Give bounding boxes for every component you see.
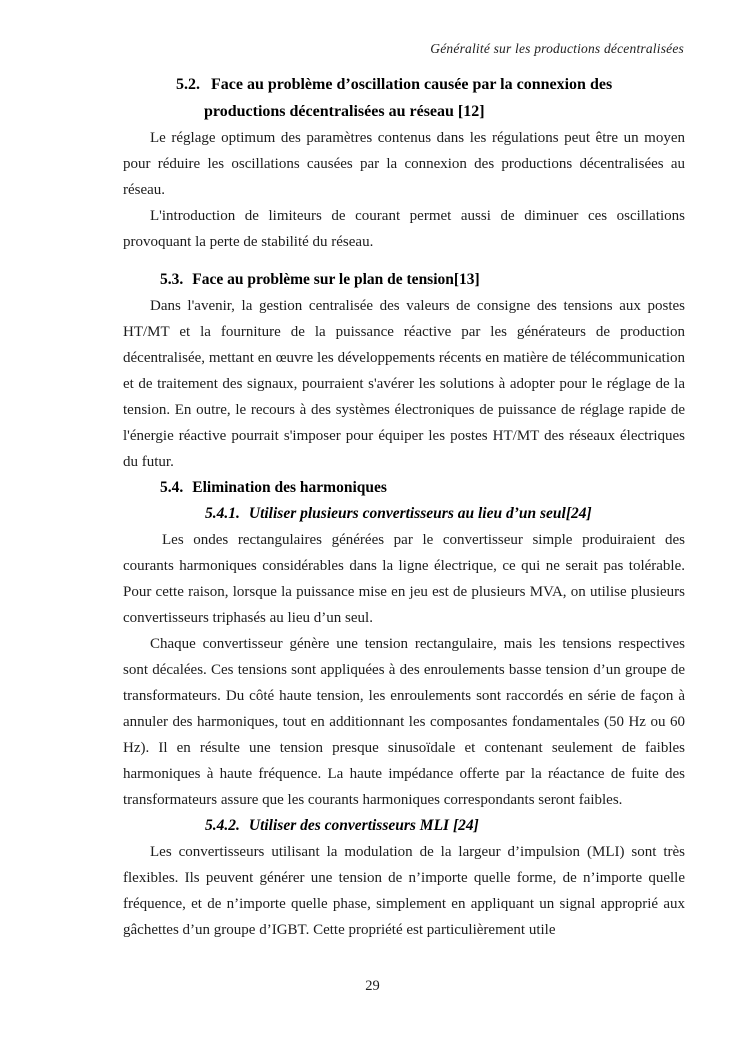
section-title: Elimination des harmoniques: [192, 479, 387, 496]
section-heading-5-4: 5.4.Elimination des harmoniques: [160, 475, 685, 501]
page-number: 29: [0, 978, 745, 995]
section-title: Utiliser plusieurs convertisseurs au lie…: [249, 505, 592, 522]
section-number: 5.2.: [176, 76, 200, 93]
section-title: Utiliser des convertisseurs MLI [24]: [249, 817, 479, 834]
page-content: 5.2.Face au problème d’oscillation causé…: [123, 0, 685, 943]
section-number: 5.4.1.: [205, 505, 240, 522]
section-number: 5.4.: [160, 479, 183, 496]
section-title: Face au problème d’oscillation causée pa…: [204, 76, 612, 120]
paragraph: Chaque convertisseur génère une tension …: [123, 631, 685, 813]
paragraph: Les convertisseurs utilisant la modulati…: [123, 839, 685, 943]
paragraph: Le réglage optimum des paramètres conten…: [123, 125, 685, 203]
section-number: 5.3.: [160, 271, 183, 288]
section-heading-5-4-2: 5.4.2.Utiliser des convertisseurs MLI [2…: [205, 813, 685, 839]
section-title: Face au problème sur le plan de tension[…: [192, 271, 479, 288]
section-heading-5-3: 5.3.Face au problème sur le plan de tens…: [160, 267, 685, 293]
paragraph: Dans l'avenir, la gestion centralisée de…: [123, 293, 685, 475]
section-number: 5.4.2.: [205, 817, 240, 834]
paragraph: Les ondes rectangulaires générées par le…: [123, 527, 685, 631]
paragraph: L'introduction de limiteurs de courant p…: [123, 203, 685, 255]
document-page: Généralité sur les productions décentral…: [0, 0, 745, 1053]
section-heading-5-2: 5.2.Face au problème d’oscillation causé…: [176, 71, 685, 125]
section-heading-5-4-1: 5.4.1.Utiliser plusieurs convertisseurs …: [205, 501, 685, 527]
